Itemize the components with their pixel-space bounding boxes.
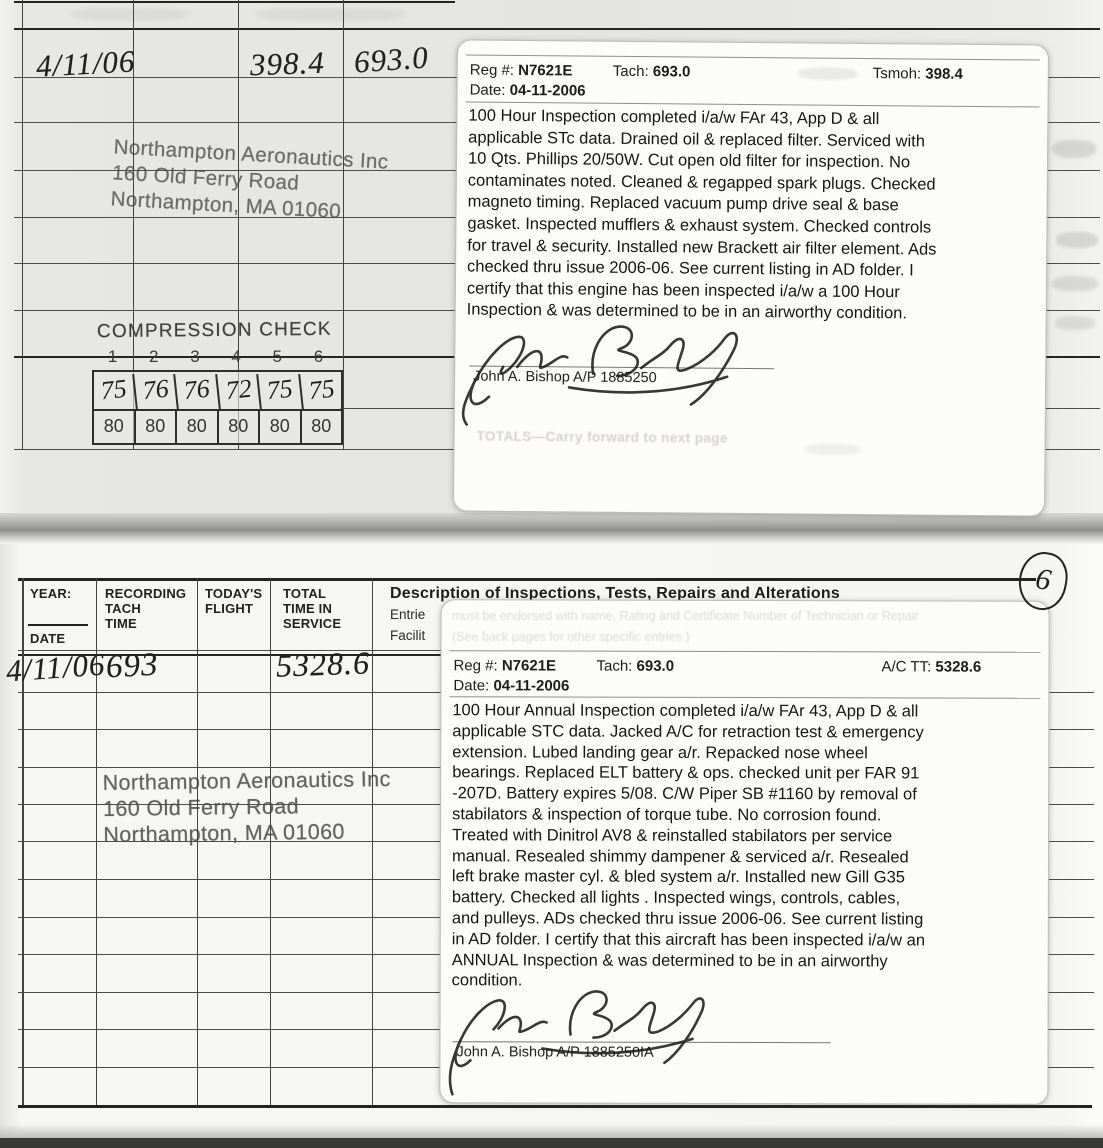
date-field: Date: 04-11-2006 (470, 82, 586, 100)
col-date-label: DATE (30, 631, 65, 646)
inspection-entry-text: 100 Hour Annual Inspection completed i/a… (452, 700, 1041, 993)
compression-reference: 80 (134, 411, 176, 443)
date-field: Date: 04-11-2006 (453, 677, 569, 694)
compression-readings-row: 75 76 76 72 75 75 (94, 372, 341, 409)
handwritten-total-time: 5328.6 (275, 644, 370, 684)
tach-field: Tach: 693.0 (613, 63, 691, 81)
ink-smudge (1052, 140, 1096, 158)
handwritten-tsmoh: 398.4 (249, 45, 325, 84)
partial-facility-text: Facilit (390, 628, 425, 643)
grid-line (197, 578, 198, 1105)
handwritten-date: 4/11/06 (5, 647, 107, 690)
grid-line (22, 0, 23, 449)
grid-line (372, 578, 373, 1105)
compression-check-table: 75 76 76 72 75 75 80 80 80 80 80 80 (92, 370, 343, 445)
cylinder-numbers: 1 2 3 4 5 6 (92, 347, 339, 367)
cylinder-number: 6 (298, 347, 339, 367)
ink-smudge (1052, 276, 1098, 291)
ink-smudge (255, 8, 405, 21)
sticker-rule (449, 696, 1040, 699)
cylinder-number: 4 (216, 347, 257, 367)
grid-line (18, 578, 1036, 581)
ink-smudge (798, 67, 858, 80)
logbook-scan: 4/11/06 398.4 693.0 Northampton Aeronaut… (0, 0, 1103, 1148)
grid-line (18, 1105, 1092, 1108)
col-year-label: YEAR: (30, 586, 71, 601)
page-edge-shadow (0, 513, 1103, 544)
compression-reading: 75 (298, 370, 343, 411)
ink-smudge (1055, 316, 1095, 330)
compression-reading: 75 (256, 370, 301, 411)
grid-line (343, 0, 344, 449)
ink-smudge (804, 443, 860, 454)
ink-smudge (70, 8, 190, 21)
compression-reference-row: 80 80 80 80 80 80 (94, 409, 341, 443)
compression-reading: 72 (215, 370, 260, 411)
stamp-line: 160 Old Ferry Road (103, 792, 391, 822)
ghost-totals-text: TOTALS—Carry forward to next page (477, 429, 728, 446)
cylinder-number: 5 (257, 347, 298, 367)
cylinder-number: 3 (174, 347, 215, 367)
airframe-maintenance-sticker: Reg #: N7621E Tach: 693.0 A/C TT: 5328.6… (439, 599, 1049, 1105)
compression-reference: 80 (258, 411, 300, 443)
tach-field: Tach: 693.0 (596, 658, 674, 675)
shop-stamp: Northampton Aeronautics Inc 160 Old Ferr… (110, 134, 389, 227)
compression-reference: 80 (217, 411, 259, 443)
handwritten-date: 4/11/06 (35, 43, 136, 84)
ink-smudge (1056, 232, 1098, 248)
compression-reference: 80 (300, 411, 342, 443)
aircraft-total-time-field: A/C TT: 5328.6 (881, 658, 981, 675)
inspection-entry-text: 100 Hour Inspection completed i/a/w FAr … (467, 106, 1041, 327)
cylinder-number: 2 (133, 347, 174, 367)
reg-field: Reg #: N7621E (453, 657, 556, 674)
compression-reference: 80 (175, 411, 217, 443)
col-total-time-in-service: TOTAL TIME IN SERVICE (283, 586, 341, 631)
tsmoh-field: Tsmoh: 398.4 (873, 65, 963, 83)
col-todays-flight: TODAY'S FLIGHT (205, 586, 262, 616)
compression-reading: 76 (173, 370, 218, 411)
compression-reading: 75 (92, 370, 135, 411)
shop-stamp: Northampton Aeronautics Inc 160 Old Ferr… (102, 766, 391, 848)
stamp-line: Northampton, MA 01060 (103, 818, 391, 848)
stamp-line: Northampton Aeronautics Inc (102, 766, 390, 796)
engine-log-page: 4/11/06 398.4 693.0 Northampton Aeronaut… (0, 0, 1103, 532)
compression-reading: 76 (132, 370, 177, 411)
handwritten-tach: 693 (105, 647, 159, 687)
bleedthrough-text: (See back pages for other specific entri… (452, 630, 690, 644)
grid-line (14, 1, 455, 3)
scan-edge-band (0, 1138, 1103, 1148)
grid-line (14, 28, 1100, 30)
partial-entries-text: Entrie (390, 607, 425, 622)
sticker-rule (466, 55, 1040, 61)
compression-reference: 80 (94, 411, 134, 443)
bleedthrough-text: must be endorsed with name, Rating and C… (452, 609, 919, 623)
sticker-rule (450, 650, 1041, 653)
handwritten-tach: 693.0 (353, 39, 430, 80)
grid-line (270, 578, 271, 1105)
col-recording-tach-time: RECORDING TACH TIME (105, 586, 186, 631)
signature (459, 316, 790, 411)
reg-field: Reg #: N7621E (470, 62, 573, 80)
year-date-divider (28, 624, 88, 626)
engine-maintenance-sticker: Reg #: N7621E Tach: 693.0 Tsmoh: 398.4 D… (453, 39, 1049, 516)
cylinder-number: 1 (92, 347, 133, 367)
signature (446, 982, 766, 1103)
